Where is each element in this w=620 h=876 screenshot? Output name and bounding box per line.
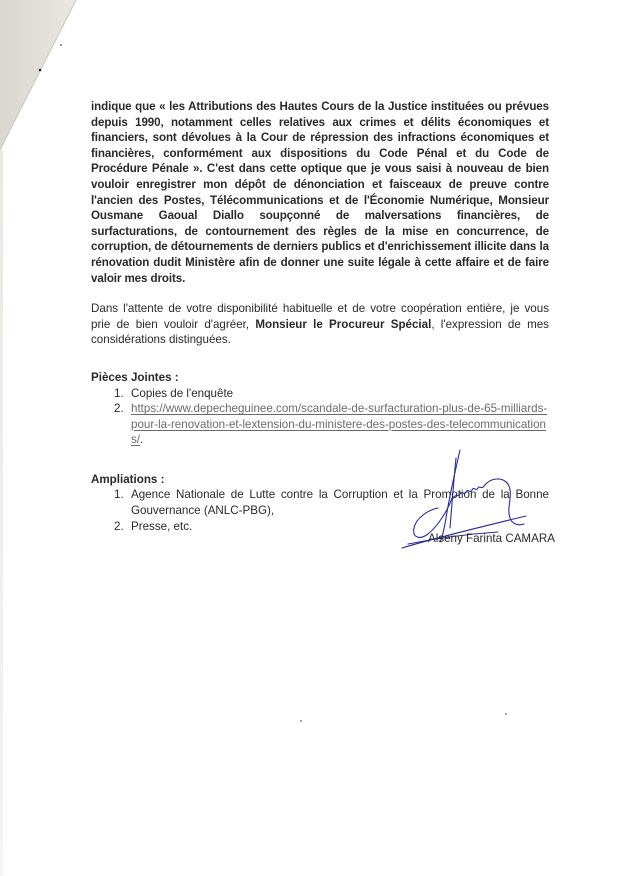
ampliation-text: Presse, etc.: [131, 520, 192, 533]
link-suffix: .: [140, 433, 143, 446]
attachments-list: 1. Copies de l'enquête 2. https://www.de…: [91, 386, 549, 448]
scan-speck: [505, 713, 507, 715]
addressee-title: Monsieur le Procureur Spécial: [255, 318, 431, 331]
attachment-item: 2. https://www.depecheguinee.com/scandal…: [91, 401, 549, 448]
main-paragraph: indique que « les Attributions des Haute…: [91, 99, 549, 286]
list-number: 1.: [114, 487, 124, 503]
list-number: 2.: [114, 519, 124, 535]
scan-speck: [300, 720, 302, 722]
page-left-edge: [0, 150, 3, 876]
list-number: 2.: [114, 401, 124, 417]
signer-name: Alseny Farinta CAMARA: [428, 532, 555, 545]
list-number: 1.: [114, 386, 124, 402]
attachments-heading: Pièces Jointes :: [91, 370, 549, 386]
closing-paragraph: Dans l'attente de votre disponibilité ha…: [91, 301, 549, 348]
attachment-item: 1. Copies de l'enquête: [91, 386, 549, 402]
article-link[interactable]: https://www.depecheguinee.com/scandale-d…: [131, 402, 547, 446]
attachment-text: Copies de l'enquête: [131, 387, 233, 400]
folded-page-corner: [0, 0, 80, 150]
